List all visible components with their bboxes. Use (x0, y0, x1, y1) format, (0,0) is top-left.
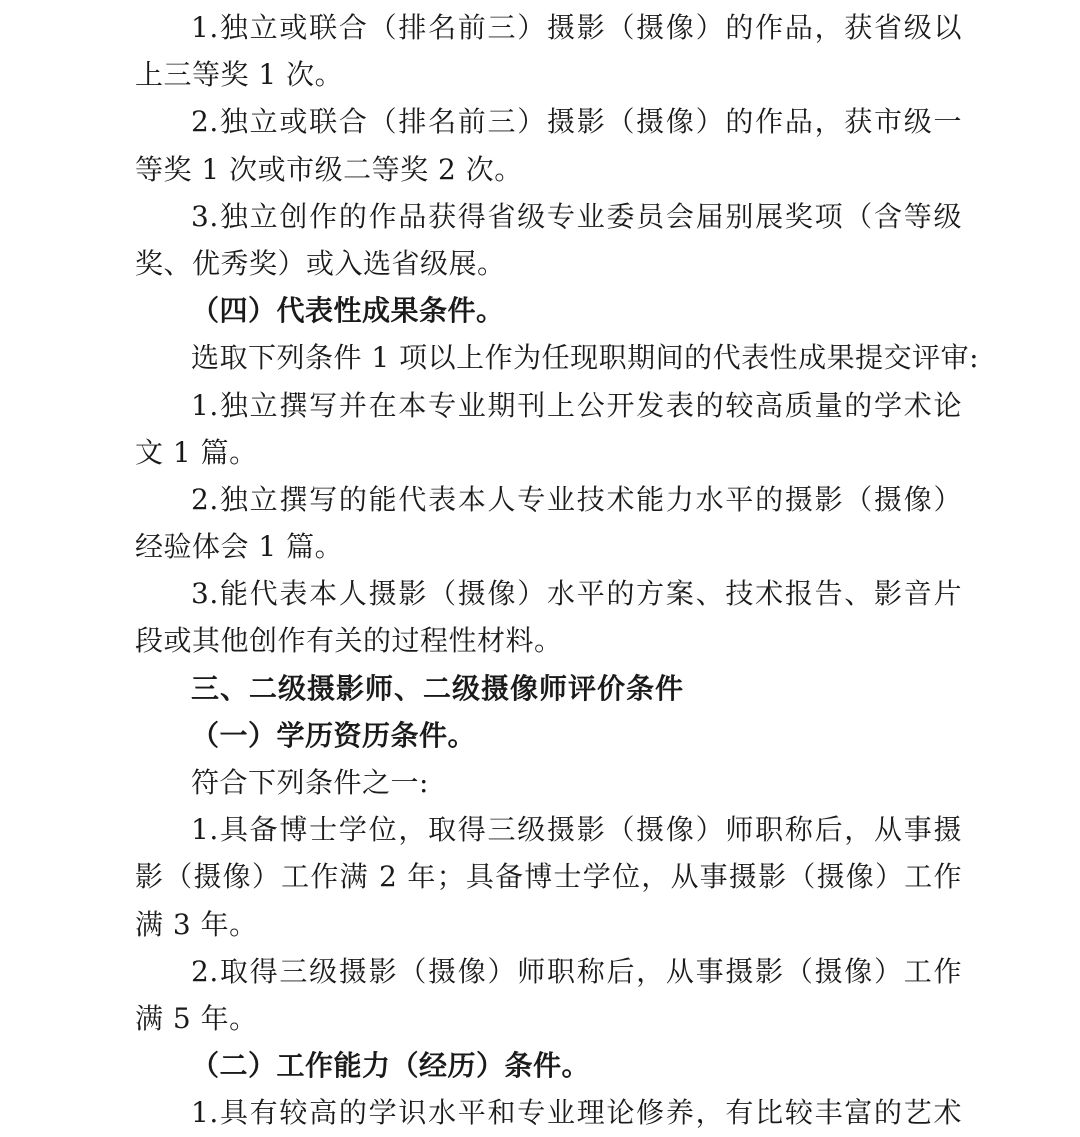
text-line: 2.独立撰写的能代表本人专业技术能力水平的摄影（摄像） (135, 476, 962, 523)
text-line: 1.独立撰写并在本专业期刊上公开发表的较高质量的学术论 (135, 382, 962, 429)
text-line: 经验体会 1 篇。 (135, 523, 962, 570)
text-line: 3.能代表本人摄影（摄像）水平的方案、技术报告、影音片 (135, 570, 962, 617)
text-line: 2.取得三级摄影（摄像）师职称后，从事摄影（摄像）工作 (135, 948, 962, 995)
text-line: 满 3 年。 (135, 901, 962, 948)
section-heading: （四）代表性成果条件。 (135, 287, 962, 334)
text-line: 奖、优秀奖）或入选省级展。 (135, 240, 962, 287)
text-line: 2.独立或联合（排名前三）摄影（摄像）的作品，获市级一 (135, 98, 962, 145)
document-text-block: 1.独立或联合（排名前三）摄影（摄像）的作品，获省级以上三等奖 1 次。2.独立… (0, 0, 1080, 1137)
document-page: 1.独立或联合（排名前三）摄影（摄像）的作品，获省级以上三等奖 1 次。2.独立… (0, 0, 1080, 1137)
text-line: 符合下列条件之一: (135, 759, 962, 806)
text-line: 3.独立创作的作品获得省级专业委员会届别展奖项（含等级 (135, 193, 962, 240)
text-line: 影（摄像）工作满 2 年；具备博士学位，从事摄影（摄像）工作 (135, 853, 962, 900)
section-heading: 三、二级摄影师、二级摄像师评价条件 (135, 665, 962, 712)
section-heading: （二）工作能力（经历）条件。 (135, 1042, 962, 1089)
text-line: 1.具有较高的学识水平和专业理论修养，有比较丰富的艺术 (135, 1089, 962, 1136)
text-line: 满 5 年。 (135, 995, 962, 1042)
text-line: 文 1 篇。 (135, 429, 962, 476)
text-line: 选取下列条件 1 项以上作为任现职期间的代表性成果提交评审: (135, 334, 962, 381)
text-line: 等奖 1 次或市级二等奖 2 次。 (135, 146, 962, 193)
text-line: 1.独立或联合（排名前三）摄影（摄像）的作品，获省级以 (135, 4, 962, 51)
text-line: 段或其他创作有关的过程性材料。 (135, 617, 962, 664)
text-line: 上三等奖 1 次。 (135, 51, 962, 98)
text-line: 1.具备博士学位，取得三级摄影（摄像）师职称后，从事摄 (135, 806, 962, 853)
section-heading: （一）学历资历条件。 (135, 712, 962, 759)
